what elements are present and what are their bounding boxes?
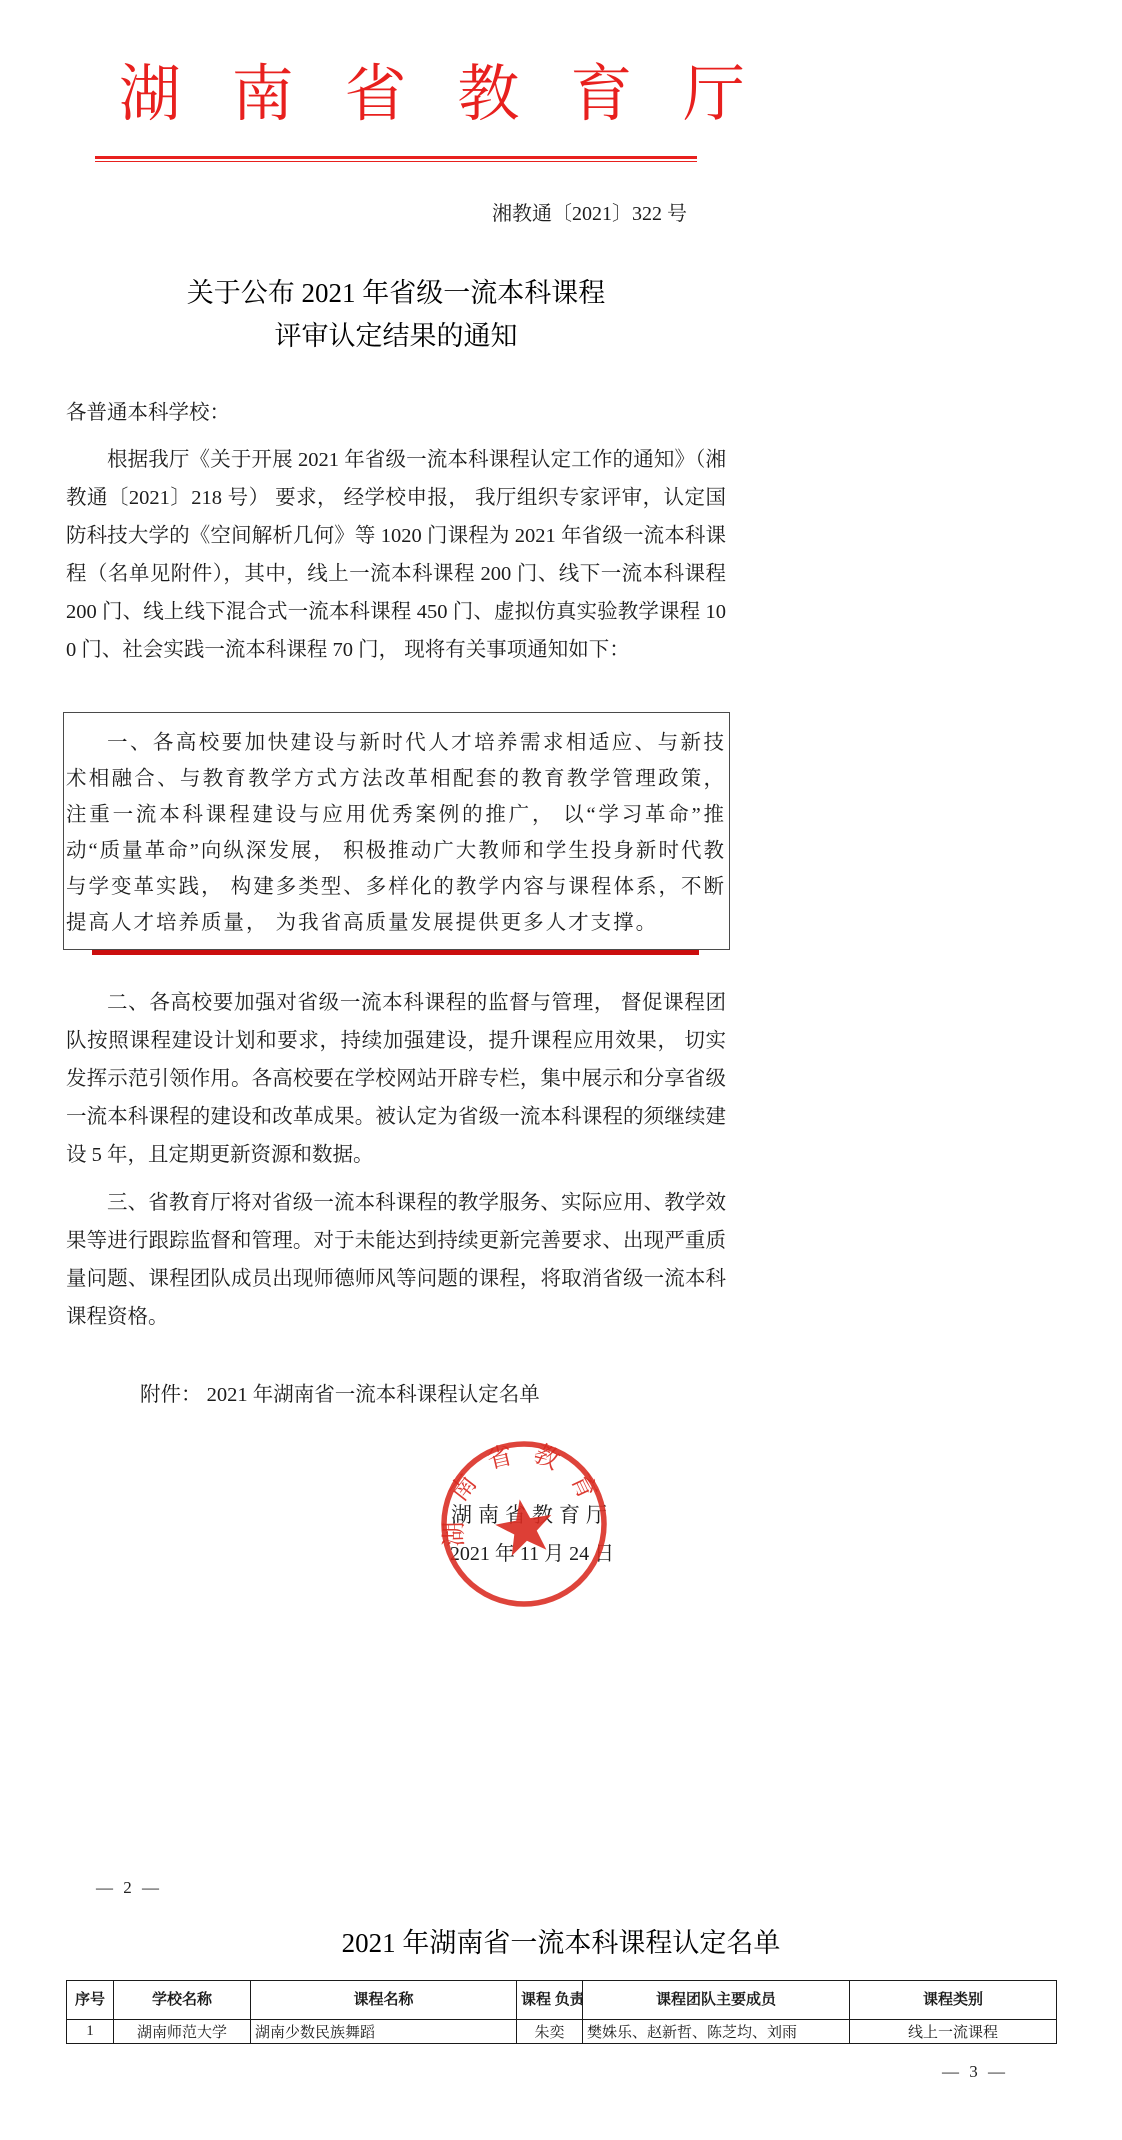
attachment-reference-line: 附件： 2021 年湖南省一流本科课程认定名单 [140, 1382, 540, 1408]
paragraph-intro: 根据我厅《关于开展 2021 年省级一流本科课程认定工作的通知》（湘教通〔202… [66, 441, 726, 669]
col-header-team: 课程团队主要成员 [583, 1981, 850, 2020]
salutation: 各普通本科学校： [66, 400, 230, 426]
col-header-leader: 课程 负责人 [517, 1981, 583, 2020]
paragraph-item-one: 一、各高校要加快建设与新时代人才培养需求相适应、与新技术相融合、与教育教学方式方… [66, 725, 726, 941]
cell-index: 1 [67, 2020, 114, 2044]
document-number: 湘教通〔2021〕322 号 [492, 202, 752, 226]
course-list-table: 序号 学校名称 课程名称 课程 负责人 课程团队主要成员 课程类别 1 湖南师范… [66, 1980, 1057, 2044]
agency-letterhead-title: 湖南省教育厅 [68, 58, 728, 132]
page-number-2: — 2 — [96, 1878, 162, 1898]
col-header-course: 课程名称 [251, 1981, 517, 2020]
attachment-table-title: 2021 年湖南省一流本科课程认定名单 [66, 1926, 1056, 1960]
notice-title-line2: 评审认定结果的通知 [66, 319, 726, 353]
cell-team: 樊姝乐、赵新哲、陈芝均、刘雨 [583, 2020, 850, 2044]
cell-leader: 朱奕 [517, 2020, 583, 2044]
col-header-category: 课程类别 [850, 1981, 1057, 2020]
paragraph-item-three: 三、省教育厅将对省级一流本科课程的教学服务、实际应用、教学效果等进行跟踪监督和管… [66, 1184, 726, 1336]
cell-category: 线上一流课程 [850, 2020, 1057, 2044]
col-header-school: 学校名称 [114, 1981, 251, 2020]
paragraph-item-two: 二、各高校要加强对省级一流本科课程的监督与管理， 督促课程团队按照课程建设计划和… [66, 984, 726, 1174]
cell-course: 湖南少数民族舞蹈 [251, 2020, 517, 2044]
table-row: 1 湖南师范大学 湖南少数民族舞蹈 朱奕 樊姝乐、赵新哲、陈芝均、刘雨 线上一流… [67, 2020, 1057, 2044]
page-number-3: — 3 — [942, 2062, 1008, 2082]
notice-title-line1: 关于公布 2021 年省级一流本科课程 [66, 276, 726, 310]
col-header-index: 序号 [67, 1981, 114, 2020]
red-divider-rule [92, 950, 699, 955]
cell-school: 湖南师范大学 [114, 2020, 251, 2044]
table-header-row: 序号 学校名称 课程名称 课程 负责人 课程团队主要成员 课程类别 [67, 1981, 1057, 2020]
letterhead-red-rule [95, 156, 697, 162]
official-seal-stamp-icon: 湖南省教育厅 [423, 1423, 625, 1625]
seal-star-icon [492, 1494, 558, 1557]
